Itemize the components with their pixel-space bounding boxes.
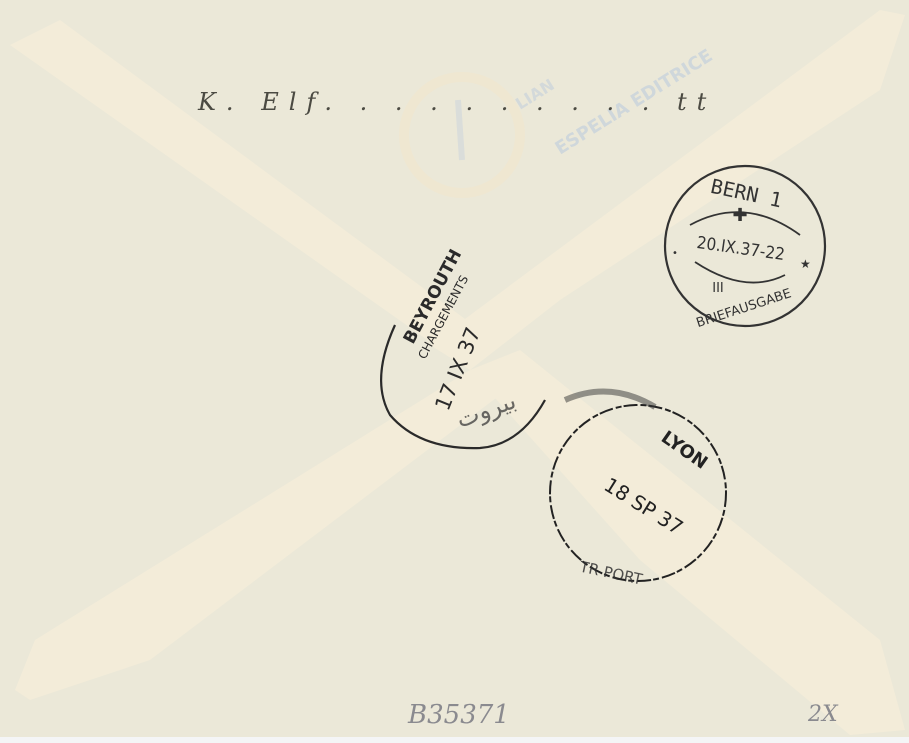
svg-text:✚: ✚ bbox=[732, 205, 747, 226]
pencil-reference-number: B35371 bbox=[408, 700, 510, 730]
scan-border bbox=[0, 737, 909, 743]
svg-text:★: ★ bbox=[800, 257, 811, 271]
svg-text:•: • bbox=[672, 248, 678, 259]
svg-text:III: III bbox=[712, 281, 724, 296]
svg-text:20.IX.37-22: 20.IX.37-22 bbox=[695, 233, 786, 265]
svg-text:TR PORT: TR PORT bbox=[577, 557, 645, 588]
flap-top-right bbox=[430, 10, 905, 370]
svg-text:BRIEFAUSGABE: BRIEFAUSGABE bbox=[695, 286, 794, 331]
flap-top-left bbox=[10, 20, 480, 370]
pencil-note: 2X bbox=[808, 702, 838, 727]
flap-bottom-left bbox=[15, 370, 500, 700]
envelope-back: ESPELIA EDITRICE LIAN BERN 1 ✚ 20.IX.37-… bbox=[0, 0, 909, 737]
flap-bottom-right bbox=[470, 350, 905, 735]
manuscript-address: K. Elf. . . . . . . . . . tt bbox=[198, 88, 716, 116]
